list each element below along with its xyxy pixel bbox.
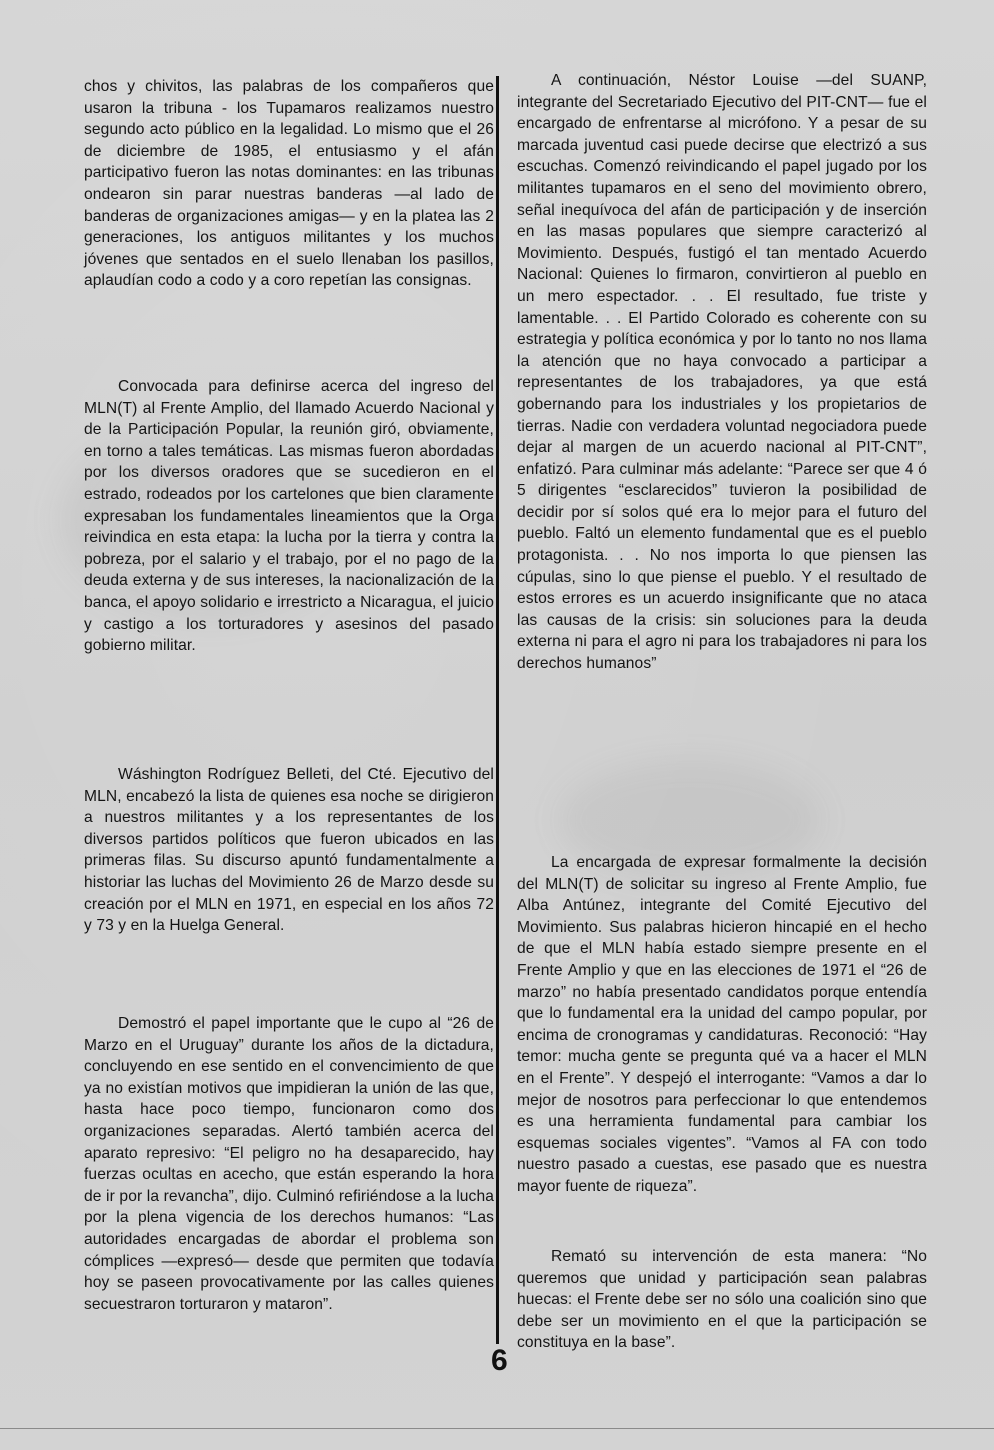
- article-paragraph: Demostró el papel importante que le cupo…: [84, 1013, 494, 1315]
- article-paragraph: Convocada para definirse acerca del ingr…: [84, 376, 494, 657]
- column-divider: [496, 76, 499, 1344]
- bottom-rule: [0, 1428, 994, 1429]
- page-number: 6: [491, 1346, 508, 1376]
- article-paragraph: A continuación, Néstor Louise —del SUANP…: [517, 70, 927, 675]
- newspaper-page: chos y chivitos, las palabras de los com…: [0, 0, 994, 1450]
- article-paragraph: Remató su intervención de esta manera: “…: [517, 1246, 927, 1354]
- article-paragraph: La encargada de expresar formalmente la …: [517, 852, 927, 1198]
- article-paragraph: chos y chivitos, las palabras de los com…: [84, 76, 494, 292]
- article-paragraph: Wáshington Rodríguez Belleti, del Cté. E…: [84, 764, 494, 937]
